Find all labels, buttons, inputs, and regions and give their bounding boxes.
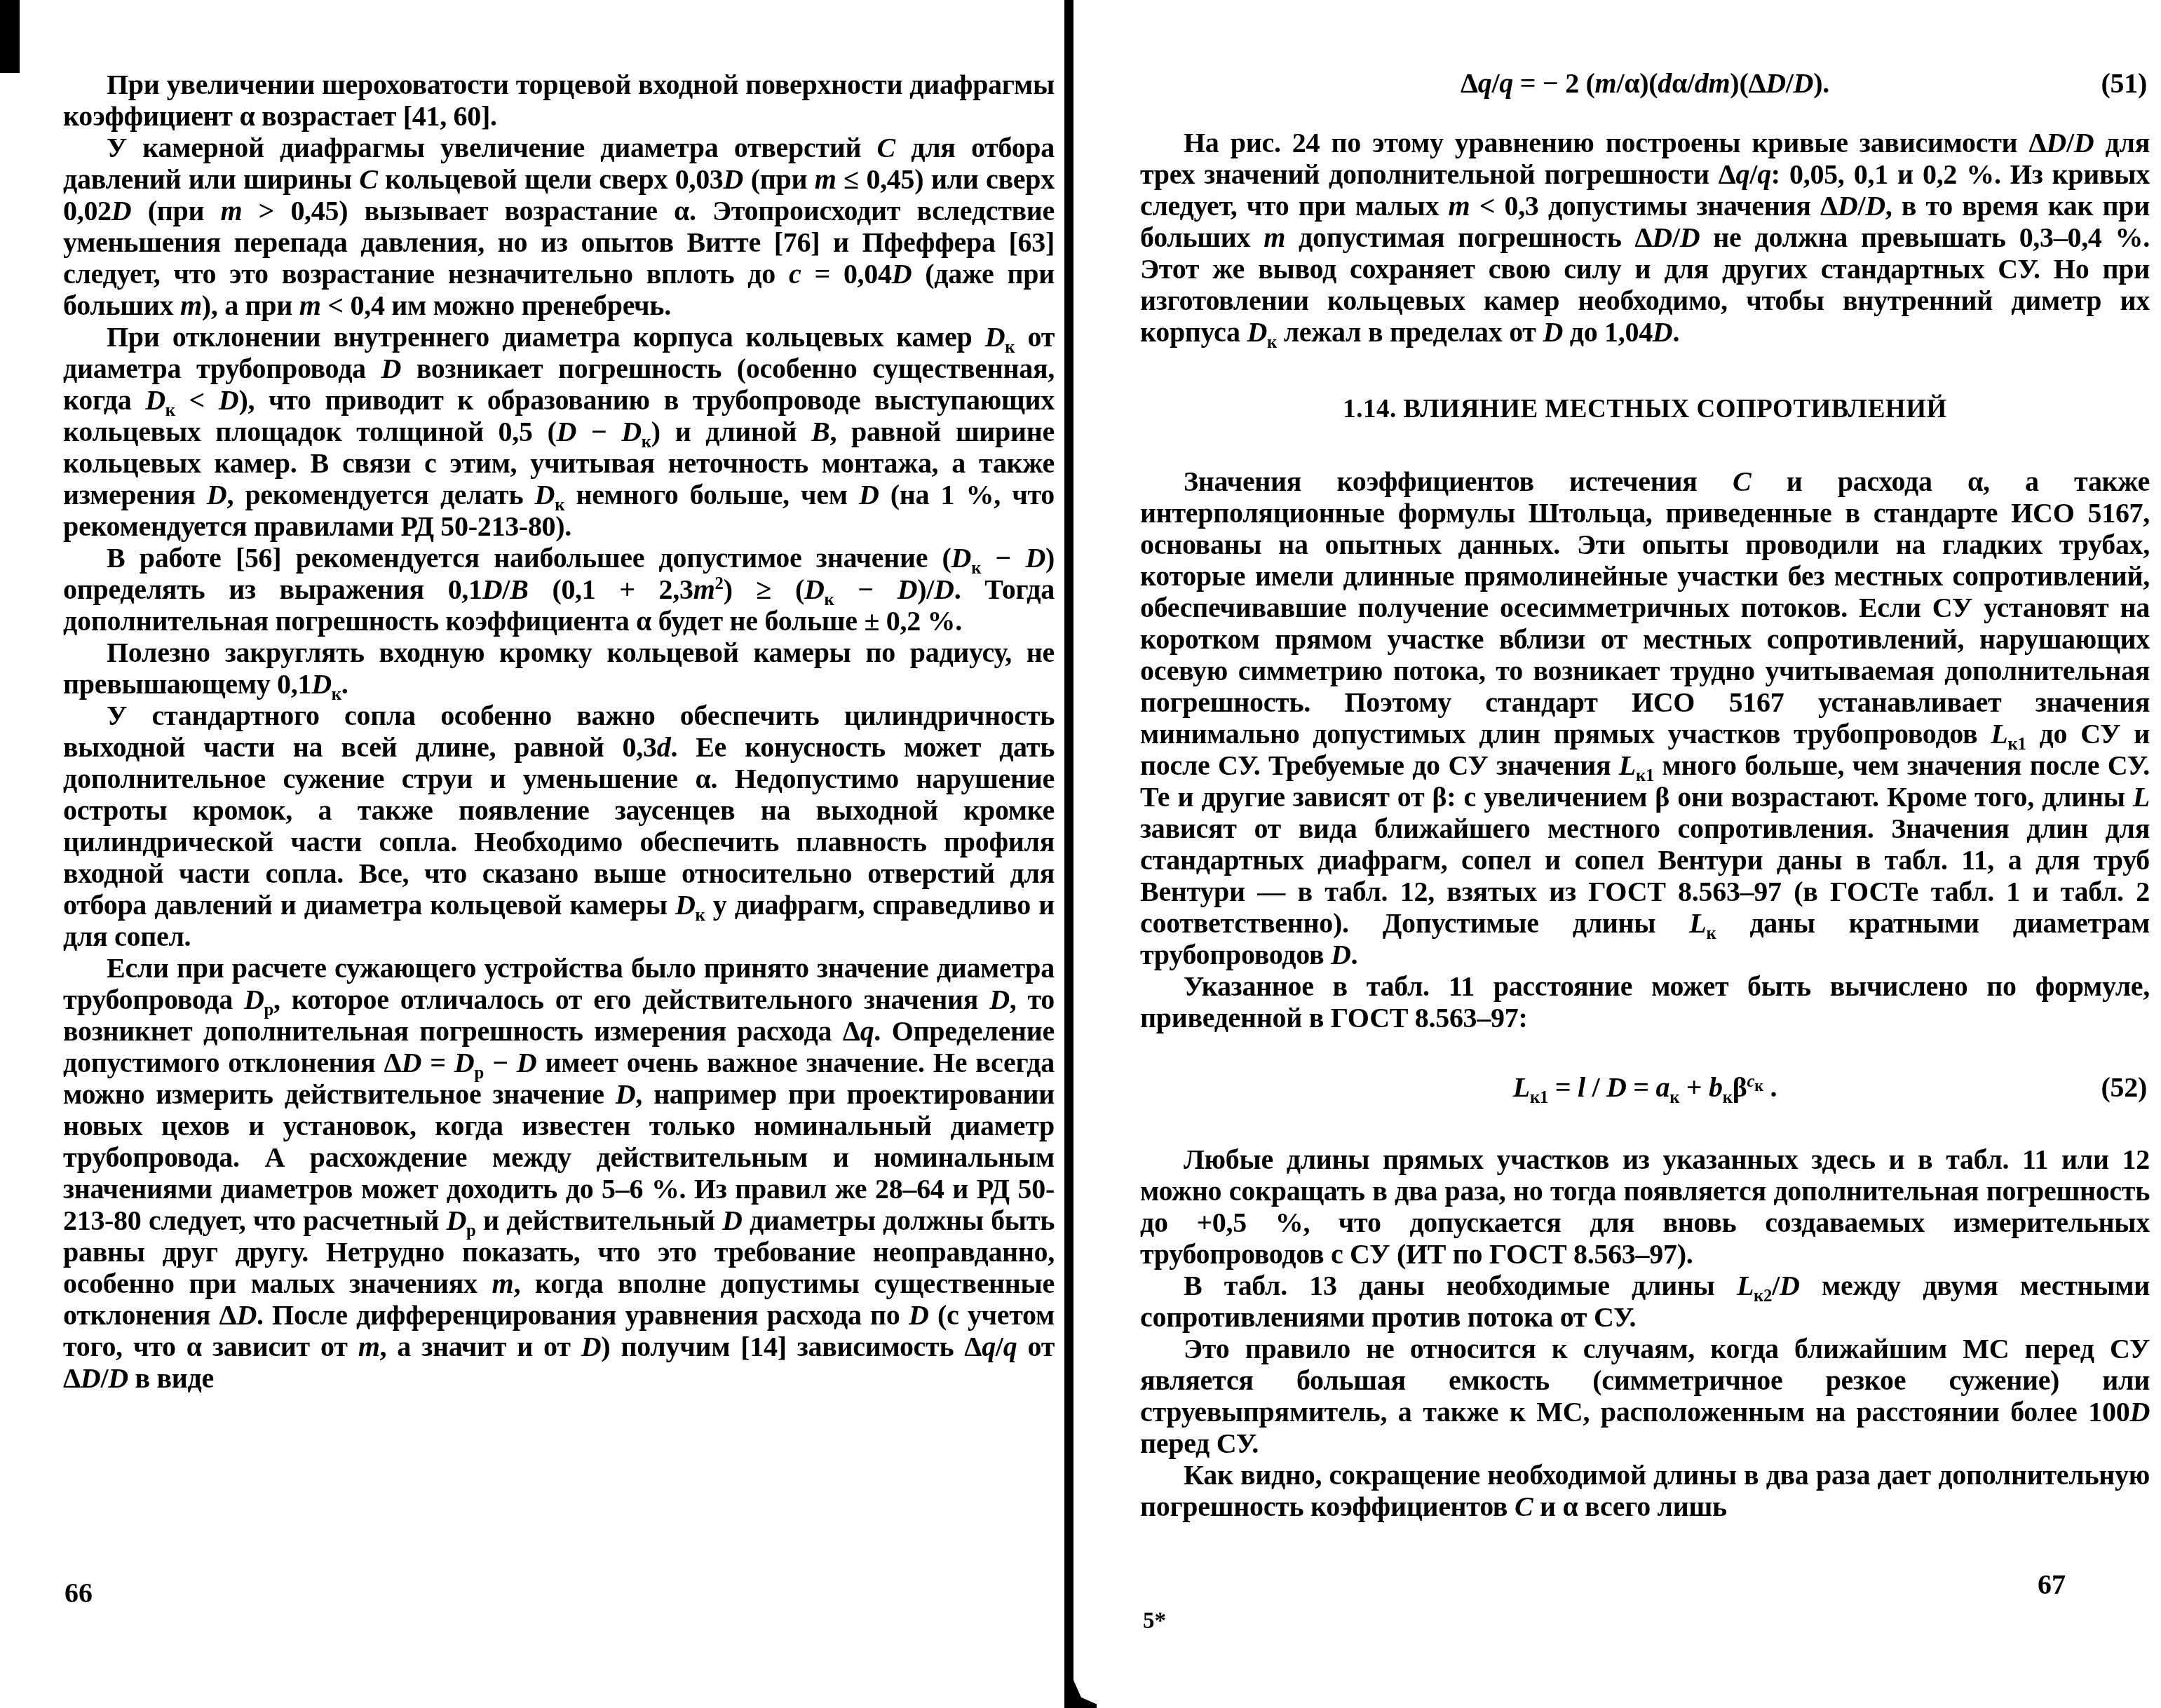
paragraph: При отклонении внутреннего диаметра корп…	[63, 321, 1055, 542]
footnote-signature: 5*	[1143, 1608, 1166, 1634]
paragraph: В работе [56] рекомендуется наибольшее д…	[63, 542, 1055, 637]
equation-51-number: (51)	[2101, 67, 2147, 99]
equation-52: Lк1 = l / D = aк + bкβcк . (52)	[1140, 1071, 2150, 1103]
equation-51-body: Δq/q = − 2 (m/α)(dα/dm)(ΔD/D).	[1461, 67, 1829, 99]
right-page: Δq/q = − 2 (m/α)(dα/dm)(ΔD/D). (51) На р…	[1140, 43, 2150, 1522]
paragraph: Как видно, сокращение необходимой длины …	[1140, 1459, 2150, 1522]
paragraph: Если при расчете сужающего устройства бы…	[63, 952, 1055, 1394]
page-gutter-foot	[1064, 1680, 1097, 1708]
paragraph: Указанное в табл. 11 расстояние может бы…	[1140, 970, 2150, 1033]
paragraph: Полезно закруглять входную кромку кольце…	[63, 637, 1055, 700]
equation-51: Δq/q = − 2 (m/α)(dα/dm)(ΔD/D). (51)	[1140, 67, 2150, 99]
paragraph: В табл. 13 даны необходимые длины Lк2/D …	[1140, 1270, 2150, 1333]
book-spread: При увеличении шероховатости торцевой вх…	[0, 0, 2161, 1708]
scan-edge-mark	[0, 0, 20, 73]
section-heading: 1.14. ВЛИЯНИЕ МЕСТНЫХ СОПРОТИВЛЕНИЙ	[1140, 394, 2150, 425]
paragraph: Это правило не относится к случаям, когд…	[1140, 1333, 2150, 1459]
equation-52-number: (52)	[2101, 1071, 2147, 1103]
page-number-left: 66	[65, 1579, 93, 1607]
page-gutter-line	[1064, 0, 1073, 1708]
left-page: При увеличении шероховатости торцевой вх…	[63, 69, 1055, 1394]
paragraph: Любые длины прямых участков из указанных…	[1140, 1144, 2150, 1270]
paragraph: При увеличении шероховатости торцевой вх…	[63, 69, 1055, 132]
paragraph: Значения коэффициентов истечения C и рас…	[1140, 466, 2150, 970]
paragraph: На рис. 24 по этому уравнению построены …	[1140, 127, 2150, 348]
paragraph: У стандартного сопла особенно важно обес…	[63, 700, 1055, 952]
paragraph: У камерной диафрагмы увеличение диаметра…	[63, 132, 1055, 321]
equation-52-body: Lк1 = l / D = aк + bкβcк .	[1513, 1071, 1777, 1103]
page-number-right: 67	[2038, 1571, 2066, 1599]
